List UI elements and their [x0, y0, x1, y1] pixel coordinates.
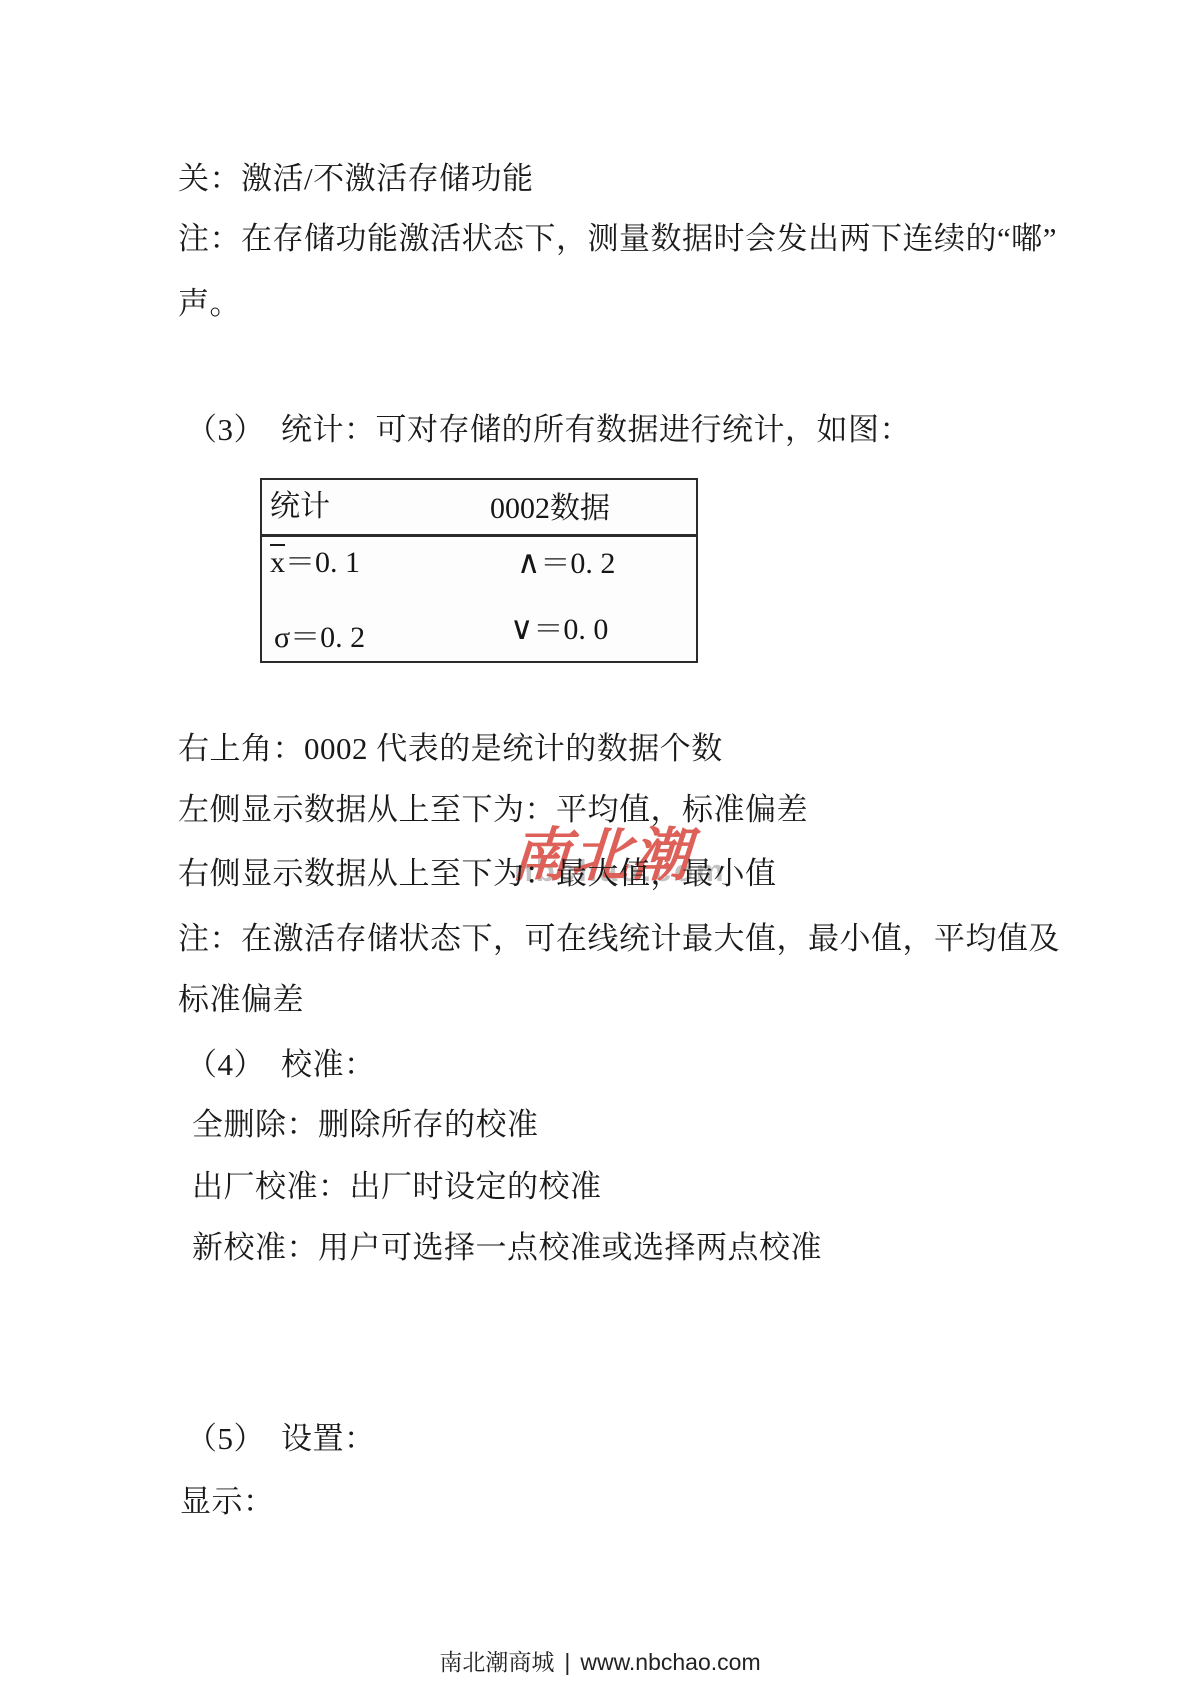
line-display: 显示：: [180, 1483, 275, 1521]
line-section-4-calibration: （4） 校准：: [186, 1046, 376, 1084]
line-off-function: 关：激活/不激活存储功能: [178, 160, 534, 198]
max-symbol: ∧: [517, 544, 540, 580]
line-note-online-stats-1: 注：在激活存储状态下，可在线统计最大值，最小值，平均值及: [178, 920, 1060, 958]
line-section-3-statistics: （3） 统计：可对存储的所有数据进行统计，如图：: [186, 411, 911, 449]
line-section-5-settings: （5） 设置：: [186, 1420, 376, 1458]
stats-box-divider: [262, 534, 696, 537]
page-footer: 南北潮商城|www.nbchao.com: [0, 1644, 1200, 1677]
line-note-online-stats-2: 标准偏差: [178, 981, 304, 1019]
sigma-value: ＝0. 2: [290, 621, 365, 654]
line-note-beep-2: 声。: [178, 285, 241, 323]
stat-max-value: ∧＝0. 2: [517, 546, 615, 579]
max-value: ＝0. 2: [540, 547, 615, 580]
sigma-symbol: σ: [274, 621, 290, 654]
stats-box-title: 统计: [270, 492, 330, 522]
min-symbol: ∨: [510, 610, 533, 646]
line-factory-calibration: 出厂校准：出厂时设定的校准: [192, 1168, 602, 1206]
line-delete-all: 全删除：删除所存的校准: [192, 1106, 539, 1144]
footer-separator: |: [564, 1649, 570, 1675]
mean-value: ＝0. 1: [285, 546, 360, 579]
stat-mean-value: x＝0. 1: [270, 544, 360, 578]
line-note-beep-1: 注：在存储功能激活状态下，测量数据时会发出两下连续的“嘟”: [178, 220, 1057, 258]
stat-sigma-value: σ＝0. 2: [274, 623, 365, 653]
line-right-side-data: 右侧显示数据从上至下为：最大值，最小值: [178, 855, 777, 893]
line-top-right-count: 右上角：0002 代表的是统计的数据个数: [178, 730, 723, 768]
footer-url: www.nbchao.com: [580, 1649, 760, 1675]
statistics-screen-box: 统计 0002数据 x＝0. 1 ∧＝0. 2 σ＝0. 2 ∨＝0. 0: [260, 478, 698, 663]
stats-box-data-count: 0002数据: [490, 494, 610, 524]
stat-min-value: ∨＝0. 0: [510, 612, 608, 645]
min-value: ＝0. 0: [533, 613, 608, 646]
document-page: nbchao.com 南北潮 关：激活/不激活存储功能 注：在存储功能激活状态下…: [0, 0, 1200, 1697]
mean-symbol: x: [270, 544, 285, 578]
line-left-side-data: 左侧显示数据从上至下为：平均值，标准偏差: [178, 791, 808, 829]
line-new-calibration: 新校准：用户可选择一点校准或选择两点校准: [192, 1229, 822, 1267]
footer-site-name: 南北潮商城: [439, 1649, 554, 1675]
